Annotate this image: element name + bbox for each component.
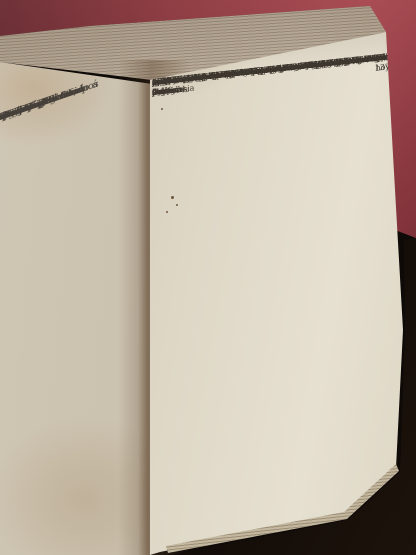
book-photo: ernado condel bienamadohabía bellomas, e… <box>0 0 416 555</box>
foxing-speck <box>176 204 178 206</box>
foxing-speck <box>171 196 174 199</box>
foxing-speck <box>166 211 168 213</box>
foxing-speck <box>161 108 163 110</box>
